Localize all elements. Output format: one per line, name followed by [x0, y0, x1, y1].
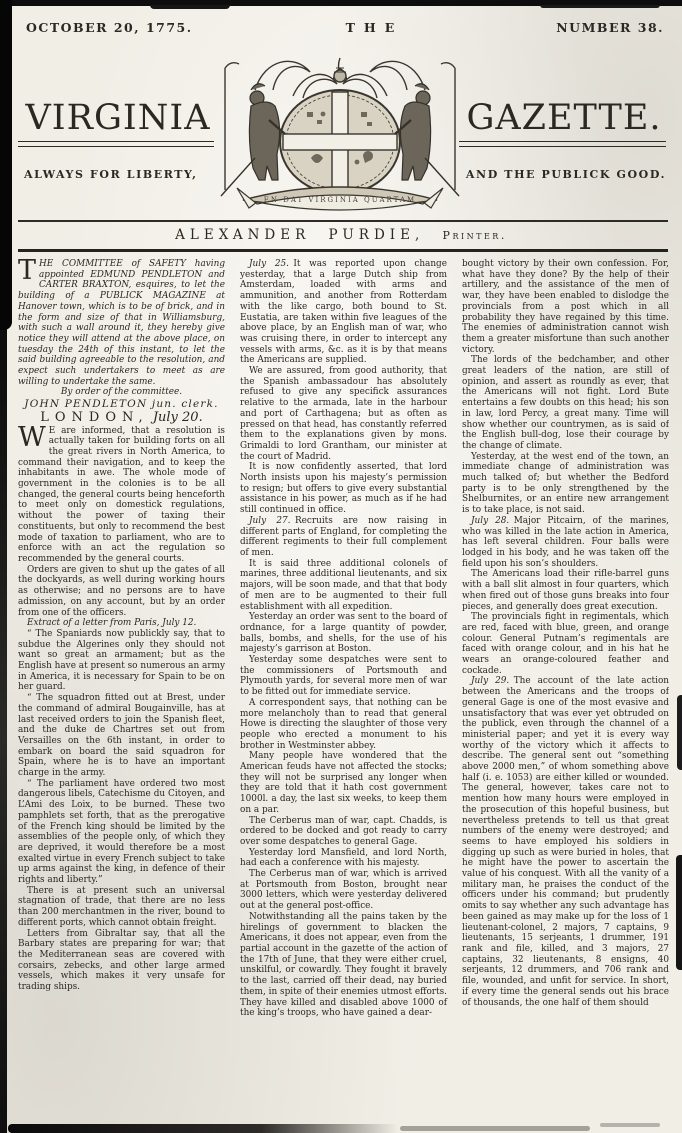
masthead-title-virginia: VIRGINIA	[18, 98, 218, 138]
rule-below-printer	[18, 249, 668, 252]
news-paragraph: We are assured, from good authority, tha…	[240, 366, 447, 462]
date-lead: July 28.	[471, 516, 514, 526]
news-paragraph: Yesterday, at the west end of the town, …	[462, 452, 669, 516]
letter-heading: Extract of a letter from Paris, July 12.	[18, 618, 225, 629]
drop-cap: T	[18, 259, 39, 282]
issue-number: NUMBER 38.	[556, 20, 664, 35]
committee-notice: THE COMMITTEE of SAFETY having appointed…	[18, 259, 225, 387]
letter-paragraph: “ The Spaniards now publickly say, that …	[18, 629, 225, 693]
news-paragraph: July 29. The account of the late action …	[462, 676, 669, 1008]
column-1: THE COMMITTEE of SAFETY having appointed…	[18, 259, 225, 1049]
news-paragraph: bought victory by their own confession. …	[462, 259, 669, 355]
date-lead: July 27.	[249, 516, 295, 526]
scan-edge-top-blob	[540, 5, 660, 8]
motto-liberty: ALWAYS FOR LIBERTY,	[24, 168, 198, 181]
top-line: OCTOBER 20, 1775. THE NUMBER 38.	[26, 20, 664, 35]
news-paragraph: July 25. It was reported upon change yes…	[240, 259, 447, 366]
article-columns: THE COMMITTEE of SAFETY having appointed…	[18, 259, 669, 1049]
news-paragraph: The Cerberus man of war, which is arrive…	[240, 869, 447, 912]
issue-date: OCTOBER 20, 1775.	[26, 20, 193, 35]
virginia-coat-of-arms-icon: EN DAT VIRGINIA QUARTAM	[215, 50, 465, 218]
printer-title: Printer.	[443, 229, 507, 242]
scan-edge-left-thick	[0, 0, 12, 330]
news-paragraph: WE are informed, that a resolution is ac…	[18, 426, 225, 565]
news-paragraph: July 27. Recruits are now raising in dif…	[240, 516, 447, 559]
masthead-rule-left	[18, 141, 214, 147]
news-paragraph: The Americans load their rifle-barrel gu…	[462, 569, 669, 612]
masthead-the: THE	[346, 20, 404, 35]
rule-above-printer	[18, 220, 668, 222]
drop-cap: W	[18, 426, 49, 449]
news-paragraph: July 28. Major Pitcairn, of the marines,…	[462, 516, 669, 570]
news-paragraph: Letters from Gibraltar say, that all the…	[18, 929, 225, 993]
column-2: July 25. It was reported upon change yes…	[240, 259, 447, 1049]
dateline-date: July 20.	[149, 410, 203, 425]
masthead-title-gazette: GAZETTE.	[456, 98, 672, 138]
news-paragraph: Yesterday some despatches were sent to t…	[240, 655, 447, 698]
news-paragraph: There is at present such an universal st…	[18, 886, 225, 929]
scan-smudge-bottom	[600, 1123, 660, 1127]
scan-mark-right	[677, 695, 682, 770]
news-paragraph: Yesterday lord Mansfield, and lord North…	[240, 848, 447, 869]
dateline-city: LONDON,	[40, 410, 148, 425]
column-3: bought victory by their own confession. …	[462, 259, 669, 1049]
newspaper-page: OCTOBER 20, 1775. THE NUMBER 38. VIRGINI…	[0, 0, 682, 1133]
news-paragraph: Notwithstanding all the pains taken by t…	[240, 912, 447, 1019]
news-paragraph: The lords of the bedchamber, and other g…	[462, 355, 669, 451]
printer-line: ALEXANDER PURDIE, Printer.	[0, 227, 682, 243]
news-paragraph: The provincials fight in regimentals, wh…	[462, 612, 669, 676]
date-lead: July 29.	[471, 676, 514, 686]
news-paragraph: The Cerberus man of war, capt. Chadds, i…	[240, 816, 447, 848]
scan-edge-top-blob	[150, 5, 230, 9]
scan-smudge-bottom	[400, 1126, 590, 1131]
news-paragraph: Yesterday an order was sent to the board…	[240, 612, 447, 655]
scan-mark-right	[676, 855, 682, 970]
dateline-london: LONDON, July 20.	[18, 413, 225, 424]
printer-name: ALEXANDER PURDIE,	[175, 227, 424, 243]
news-paragraph: A correspondent says, that nothing can b…	[240, 698, 447, 752]
letter-paragraph: “ The squadron fitted out at Brest, unde…	[18, 693, 225, 779]
news-paragraph: It is said three additional colonels of …	[240, 559, 447, 613]
arms-motto: EN DAT VIRGINIA QUARTAM	[264, 196, 416, 204]
committee-byline: By order of the committee.	[18, 387, 225, 398]
motto-publick-good: AND THE PUBLICK GOOD.	[466, 168, 666, 181]
scan-smudge-bottom	[8, 1124, 398, 1133]
news-paragraph: Orders are given to shut up the gates of…	[18, 565, 225, 619]
news-paragraph: Many people have wondered that the Ameri…	[240, 751, 447, 815]
date-lead: July 25.	[249, 259, 293, 269]
letter-paragraph: “ The parliament have ordered two most d…	[18, 779, 225, 886]
masthead-rule-right	[459, 141, 666, 147]
committee-signature: JOHN PENDLETON jun. clerk.	[18, 399, 225, 410]
news-paragraph: It is now confidently asserted, that lor…	[240, 462, 447, 516]
